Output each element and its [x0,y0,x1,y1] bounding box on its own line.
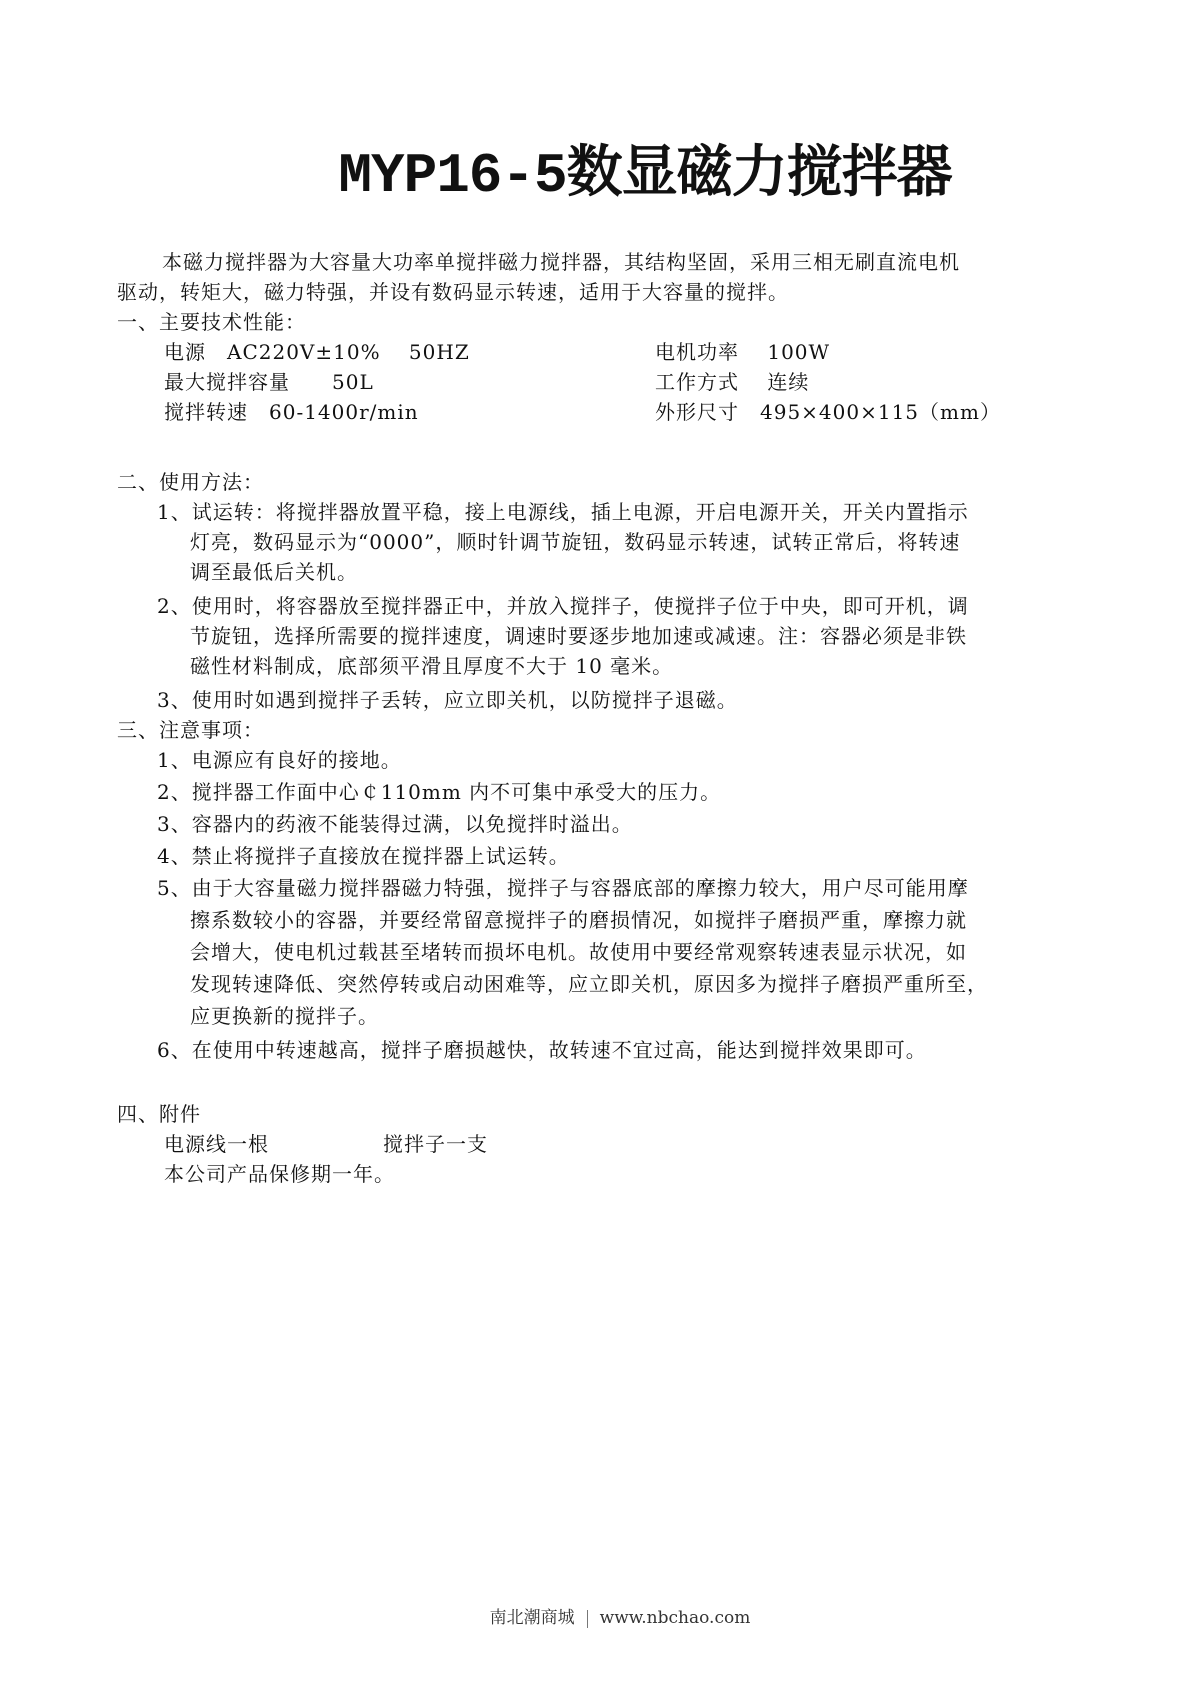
footer-brand: 南北潮商城 [490,1608,575,1628]
accessory-power-cord: 电源线一根 [164,1130,269,1158]
note-line: 6、在使用中转速越高，搅拌子磨损越快，故转速不宜过高，能达到搅拌效果即可。 [157,1036,927,1064]
notes-heading: 三、注意事项： [117,716,264,744]
note-line: 2、搅拌器工作面中心￠110mm 内不可集中承受大的压力。 [157,778,721,806]
note-line: 会增大，使电机过载甚至堵转而损坏电机。故使用中要经常观察转速表显示状况，如 [190,938,967,966]
usage-line: 节旋钮，选择所需要的搅拌速度，调速时要逐步地加速或减速。注：容器必须是非铁 [190,622,967,650]
spec-max-capacity: 最大搅拌容量 50L [164,368,374,396]
spec-dimensions: 外形尺寸 495×400×115（mm） [655,398,1001,426]
usage-line: 1、试运转：将搅拌器放置平稳，接上电源线，插上电源，开启电源开关，开关内置指示 [157,498,969,526]
footer-divider [587,1610,588,1628]
spec-motor-power: 电机功率 100W [655,338,830,366]
note-line: 应更换新的搅拌子。 [190,1002,379,1030]
usage-line: 灯亮，数码显示为“0000”，顺时针调节旋钮，数码显示转速，试转正常后，将转速 [190,528,960,556]
intro-line-1: 本磁力搅拌器为大容量大功率单搅拌磁力搅拌器，其结构坚固，采用三相无刷直流电机 [162,248,960,276]
specs-heading: 一、主要技术性能： [117,308,306,336]
spec-speed: 搅拌转速 60-1400r/min [164,398,419,426]
usage-line: 调至最低后关机。 [190,558,358,586]
note-line: 1、电源应有良好的接地。 [157,746,402,774]
note-line: 4、禁止将搅拌子直接放在搅拌器上试运转。 [157,842,570,870]
note-line: 发现转速降低、突然停转或启动困难等，应立即关机，原因多为搅拌子磨损严重所至， [190,970,988,998]
footer: 南北潮商城www.nbchao.com [0,1603,1200,1628]
spec-work-mode: 工作方式 连续 [655,368,809,396]
accessories-heading: 四、附件 [117,1100,201,1128]
usage-heading: 二、使用方法： [117,468,264,496]
note-line: 擦系数较小的容器，并要经常留意搅拌子的磨损情况，如搅拌子磨损严重，摩擦力就 [190,906,967,934]
spec-power-supply: 电源 AC220V±10% 50HZ [164,338,470,366]
footer-url[interactable]: www.nbchao.com [600,1608,751,1628]
note-line: 3、容器内的药液不能装得过满，以免搅拌时溢出。 [157,810,633,838]
accessory-stir-bar: 搅拌子一支 [383,1130,488,1158]
document-title: MYP16-5数显磁力搅拌器 [0,128,1200,208]
usage-line: 2、使用时，将容器放至搅拌器正中，并放入搅拌子，使搅拌子位于中央，即可开机，调 [157,592,969,620]
usage-line: 磁性材料制成，底部须平滑且厚度不大于 10 毫米。 [190,652,673,680]
usage-line: 3、使用时如遇到搅拌子丢转，应立即关机，以防搅拌子退磁。 [157,686,738,714]
warranty-text: 本公司产品保修期一年。 [164,1160,395,1188]
note-line: 5、由于大容量磁力搅拌器磁力特强，搅拌子与容器底部的摩擦力较大，用户尽可能用摩 [157,874,969,902]
intro-line-2: 驱动，转矩大，磁力特强，并设有数码显示转速，适用于大容量的搅拌。 [117,278,789,306]
